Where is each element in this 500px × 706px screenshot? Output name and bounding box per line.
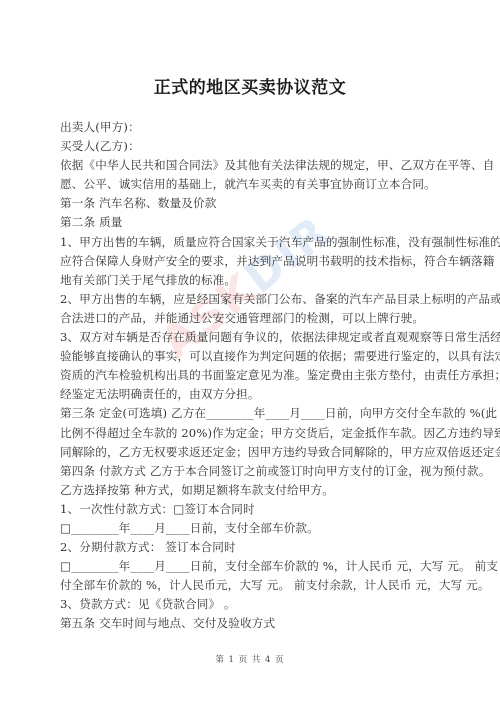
text-line: □________年____月____日前，支付全部车价款。 <box>60 519 460 538</box>
article-heading: 第四条 付款方式 乙方于本合同签订之前或签订时向甲方支付的订金，视为预付款。 <box>60 462 460 481</box>
text-line: □________年____月____日前，支付全部车价款的 %，计人民币 元，… <box>60 557 460 576</box>
text-line: 买受人(乙方)： <box>60 137 460 156</box>
text-line: 经鉴定无法明确责任的，由双方分担。 <box>60 385 460 404</box>
text-line: 合法进口的产品，并能通过公安交通管理部门的检测，可以上牌行驶。 <box>60 309 460 328</box>
text-line: 2、分期付款方式： 签订本合同时 <box>60 538 460 557</box>
document-title: 正式的地区买卖协议范文 <box>0 73 500 98</box>
text-line: 付全部车价款的 %，计人民币元，大写 元。 前支付余款，计人民币 元，大写 元。 <box>60 576 460 595</box>
text-line: 出卖人(甲方)： <box>60 118 460 137</box>
text-line: 1、甲方出售的车辆，质量应符合国家关于汽车产品的强制性标准，没有强制性标准的， <box>60 233 460 252</box>
text-line: 愿、公平、诚实信用的基础上，就汽车买卖的有关事宜协商订立本合同。 <box>60 175 460 194</box>
text-line: 资质的汽车检验机构出具的书面鉴定意见为准。鉴定费由主张方垫付，由责任方承担； <box>60 366 460 385</box>
text-line: 比例不得超过全车款的 20%)作为定金；甲方交货后，定金抵作车款。因乙方违约导致… <box>60 424 460 443</box>
text-line: 地有关部门关于尾气排放的标准。 <box>60 271 460 290</box>
document-body: 出卖人(甲方)： 买受人(乙方)： 依据《中华人民共和国合同法》及其他有关法律法… <box>60 118 460 634</box>
text-line: 验能够直接确认的事实，可以直接作为判定问题的依据；需要进行鉴定的，以具有法定 <box>60 347 460 366</box>
text-line: 依据《中华人民共和国合同法》及其他有关法律法规的规定，甲、乙双方在平等、自 <box>60 156 460 175</box>
text-line: 2、甲方出售的车辆，应是经国家有关部门公布、备案的汽车产品目录上标明的产品或 <box>60 290 460 309</box>
text-line: 应符合保障人身财产安全的要求，并达到产品说明书载明的技术指标，符合车辆落籍 <box>60 252 460 271</box>
text-line: 乙方选择按第 种方式，如期足额将车款支付给甲方。 <box>60 481 460 500</box>
article-heading: 第五条 交车时间与地点、交付及验收方式 <box>60 614 460 633</box>
article-heading: 第三条 定金(可选填) 乙方在________年____月____日前，向甲方交… <box>60 404 460 423</box>
page-footer: 第 1 页 共 4 页 <box>0 653 500 665</box>
document-page: ASKDIR 正式的地区买卖协议范文 出卖人(甲方)： 买受人(乙方)： 依据《… <box>0 0 500 706</box>
article-heading: 第一条 汽车名称、数量及价款 <box>60 194 460 213</box>
text-line: 同解除的，乙方无权要求返还定金；因甲方违约导致合同解除的，甲方应双倍返还定金。 <box>60 443 460 462</box>
text-line: 3、贷款方式：见《贷款合同》 。 <box>60 595 460 614</box>
text-line: 3、双方对车辆是否存在质量问题有争议的，依据法律规定或者直观观察等日常生活经 <box>60 328 460 347</box>
text-line: 1、一次性付款方式：□签订本合同时 <box>60 500 460 519</box>
article-heading: 第二条 质量 <box>60 213 460 232</box>
